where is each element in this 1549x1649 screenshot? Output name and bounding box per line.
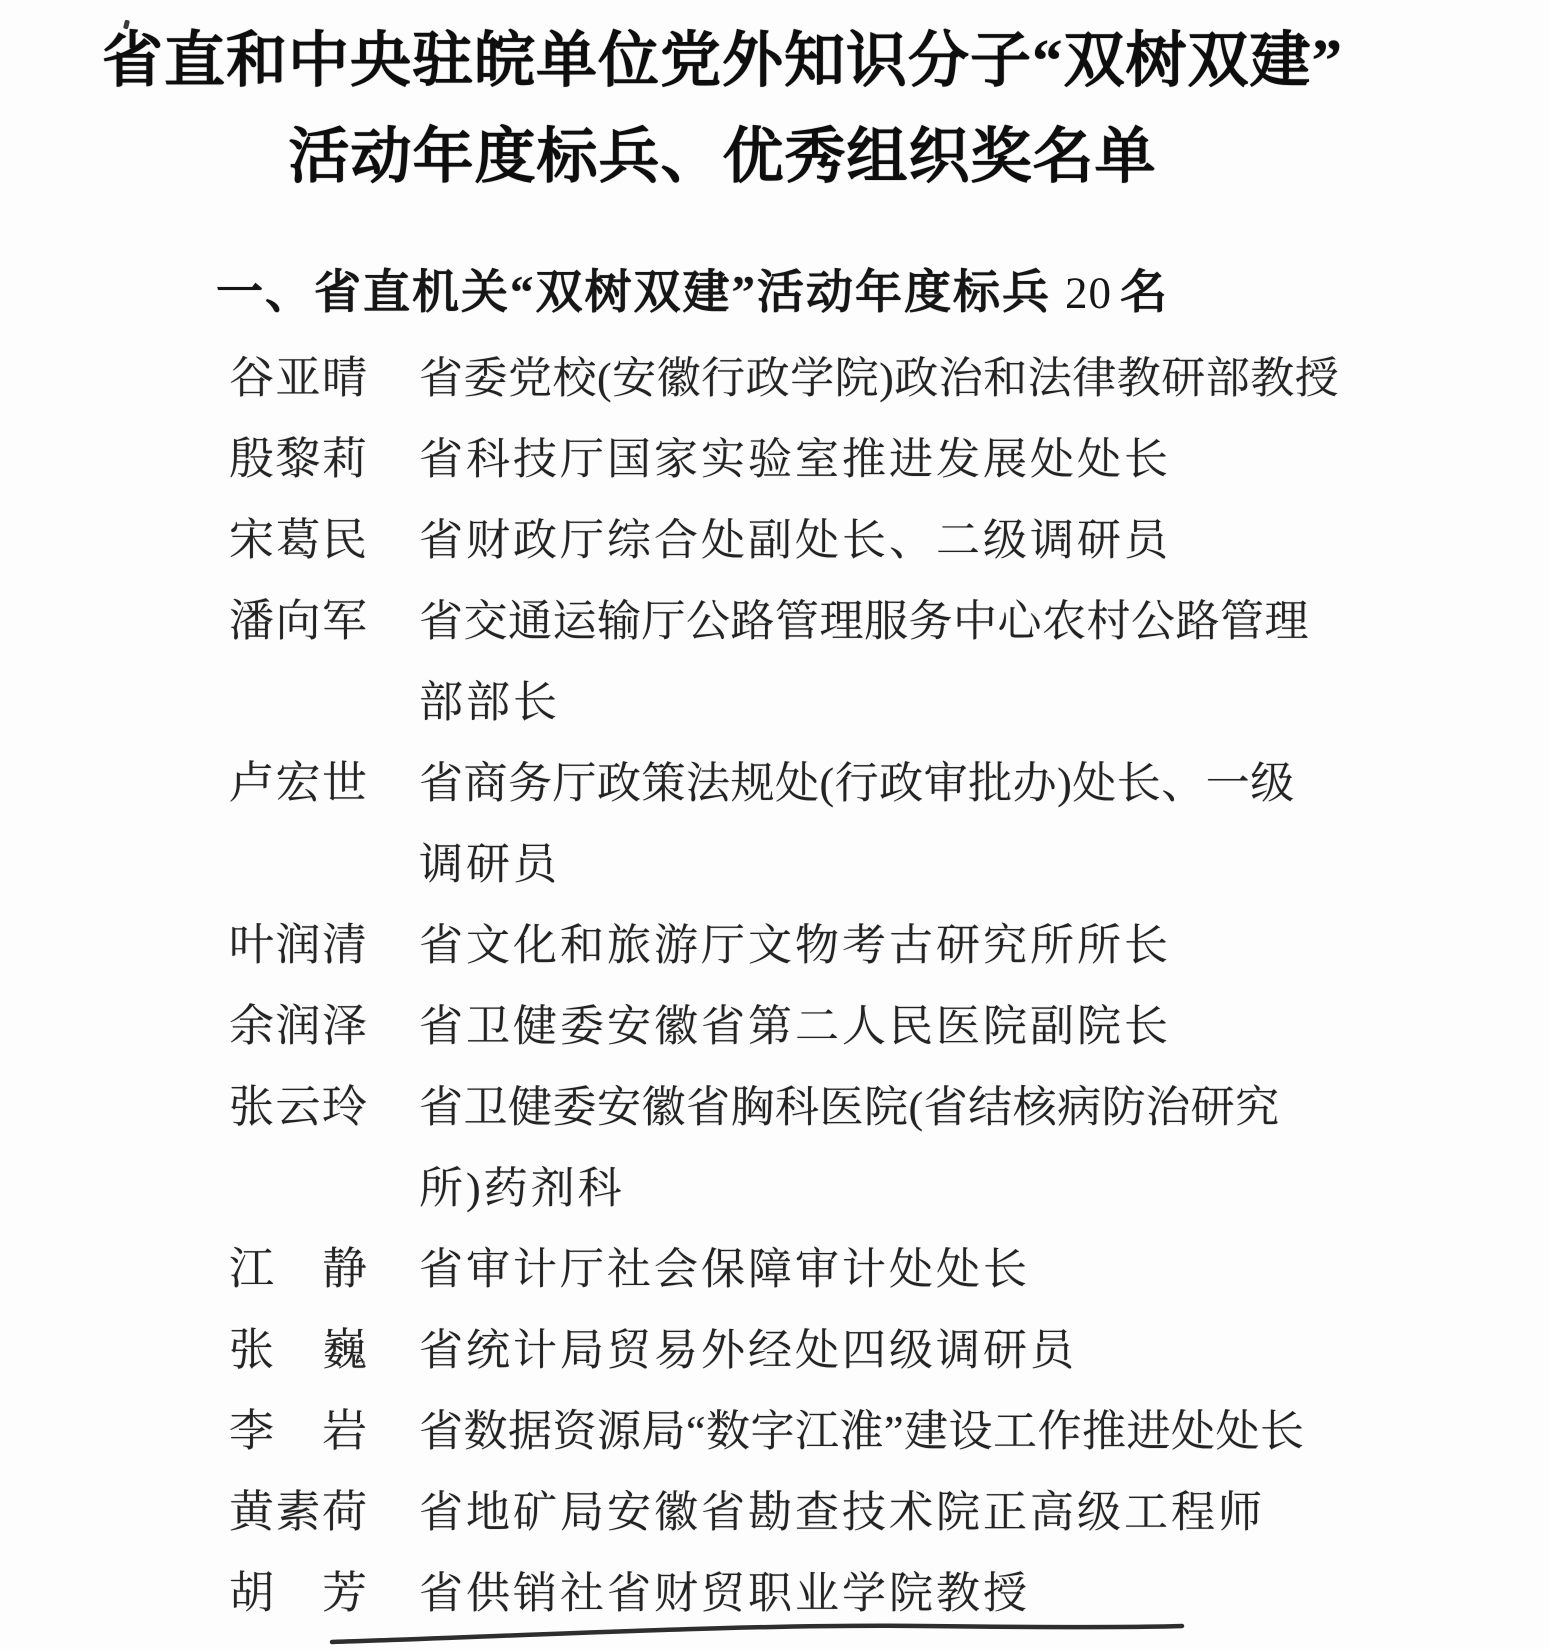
awardee-position: 省数据资源局“数字江淮”建设工作推进处处长 (419, 1391, 1305, 1472)
awardee-name: 余润泽 (229, 986, 367, 1067)
pen-underline-mark (322, 1614, 1192, 1648)
awardee-name: 张巍 (229, 1310, 367, 1391)
awardee-name: 宋葛民 (229, 500, 367, 581)
awardee-name: 卢宏世 (229, 743, 367, 824)
awardee-name: 谷亚晴 (229, 338, 367, 419)
awardee-position: 省交通运输厅公路管理服务中心农村公路管理 (419, 581, 1309, 662)
awardee-position-continued: 所)药剂科 (419, 1148, 1280, 1229)
awardee-name: 殷黎莉 (229, 419, 367, 500)
awardee-position: 省商务厅政策法规处(行政审批办)处长、一级 (419, 743, 1295, 824)
list-item: 叶润清 省文化和旅游厅文物考古研究所所长 (0, 905, 1549, 986)
section-heading-suffix: 名 (1120, 267, 1167, 319)
document-page: 省直和中央驻皖单位党外知识分子“双树双建” 活动年度标兵、优秀组织奖名单 一、省… (0, 0, 1549, 1649)
document-title-line-1: 省直和中央驻皖单位党外知识分子“双树双建” (0, 14, 1445, 110)
list-item: 张巍 省统计局贸易外经处四级调研员 (0, 1310, 1549, 1391)
section-heading: 一、省直机关“双树双建”活动年度标兵20名 (216, 262, 1167, 324)
list-item: 谷亚晴 省委党校(安徽行政学院)政治和法律教研部教授 (0, 338, 1549, 419)
awardee-name: 李岩 (229, 1391, 367, 1472)
list-item: 江静 省审计厅社会保障审计处处长 (0, 1229, 1549, 1310)
list-item: 宋葛民 省财政厅综合处副处长、二级调研员 (0, 500, 1549, 581)
list-item: 李岩 省数据资源局“数字江淮”建设工作推进处处长 (0, 1391, 1549, 1472)
awardee-position: 省统计局贸易外经处四级调研员 (419, 1310, 1077, 1391)
awardee-position: 省文化和旅游厅文物考古研究所所长 (419, 905, 1171, 986)
awardee-position-continued: 部部长 (419, 662, 1309, 743)
awardee-name: 潘向军 (229, 581, 367, 662)
list-item: 潘向军 省交通运输厅公路管理服务中心农村公路管理 部部长 (0, 581, 1549, 743)
list-item: 余润泽 省卫健委安徽省第二人民医院副院长 (0, 986, 1549, 1067)
awardee-position: 省审计厅社会保障审计处处长 (419, 1229, 1030, 1310)
awardee-position: 省财政厅综合处副处长、二级调研员 (419, 500, 1171, 581)
awardee-name: 叶润清 (229, 905, 367, 986)
awardee-position: 省科技厅国家实验室推进发展处处长 (419, 419, 1171, 500)
document-title-line-2: 活动年度标兵、优秀组织奖名单 (0, 110, 1445, 206)
awardee-position-continued: 调研员 (419, 824, 1295, 905)
section-heading-count: 20 (1051, 268, 1120, 318)
list-item: 殷黎莉 省科技厅国家实验室推进发展处处长 (0, 419, 1549, 500)
awardee-position: 省卫健委安徽省胸科医院(省结核病防治研究 (419, 1067, 1280, 1148)
awardee-name: 张云玲 (229, 1067, 367, 1148)
list-item: 黄素荷 省地矿局安徽省勘查技术院正高级工程师 (0, 1472, 1549, 1553)
list-item: 张云玲 省卫健委安徽省胸科医院(省结核病防治研究 所)药剂科 (0, 1067, 1549, 1229)
awardee-name: 江静 (229, 1229, 367, 1310)
awardee-name: 黄素荷 (229, 1472, 367, 1553)
awardee-position: 省卫健委安徽省第二人民医院副院长 (419, 986, 1171, 1067)
awardee-position: 省委党校(安徽行政学院)政治和法律教研部教授 (419, 338, 1339, 419)
section-heading-text: 一、省直机关“双树双建”活动年度标兵 (216, 267, 1051, 319)
awardee-position: 省地矿局安徽省勘查技术院正高级工程师 (419, 1472, 1265, 1553)
document-title: 省直和中央驻皖单位党外知识分子“双树双建” 活动年度标兵、优秀组织奖名单 (0, 14, 1445, 206)
awardee-list: 谷亚晴 省委党校(安徽行政学院)政治和法律教研部教授 殷黎莉 省科技厅国家实验室… (0, 338, 1549, 1634)
list-item: 卢宏世 省商务厅政策法规处(行政审批办)处长、一级 调研员 (0, 743, 1549, 905)
